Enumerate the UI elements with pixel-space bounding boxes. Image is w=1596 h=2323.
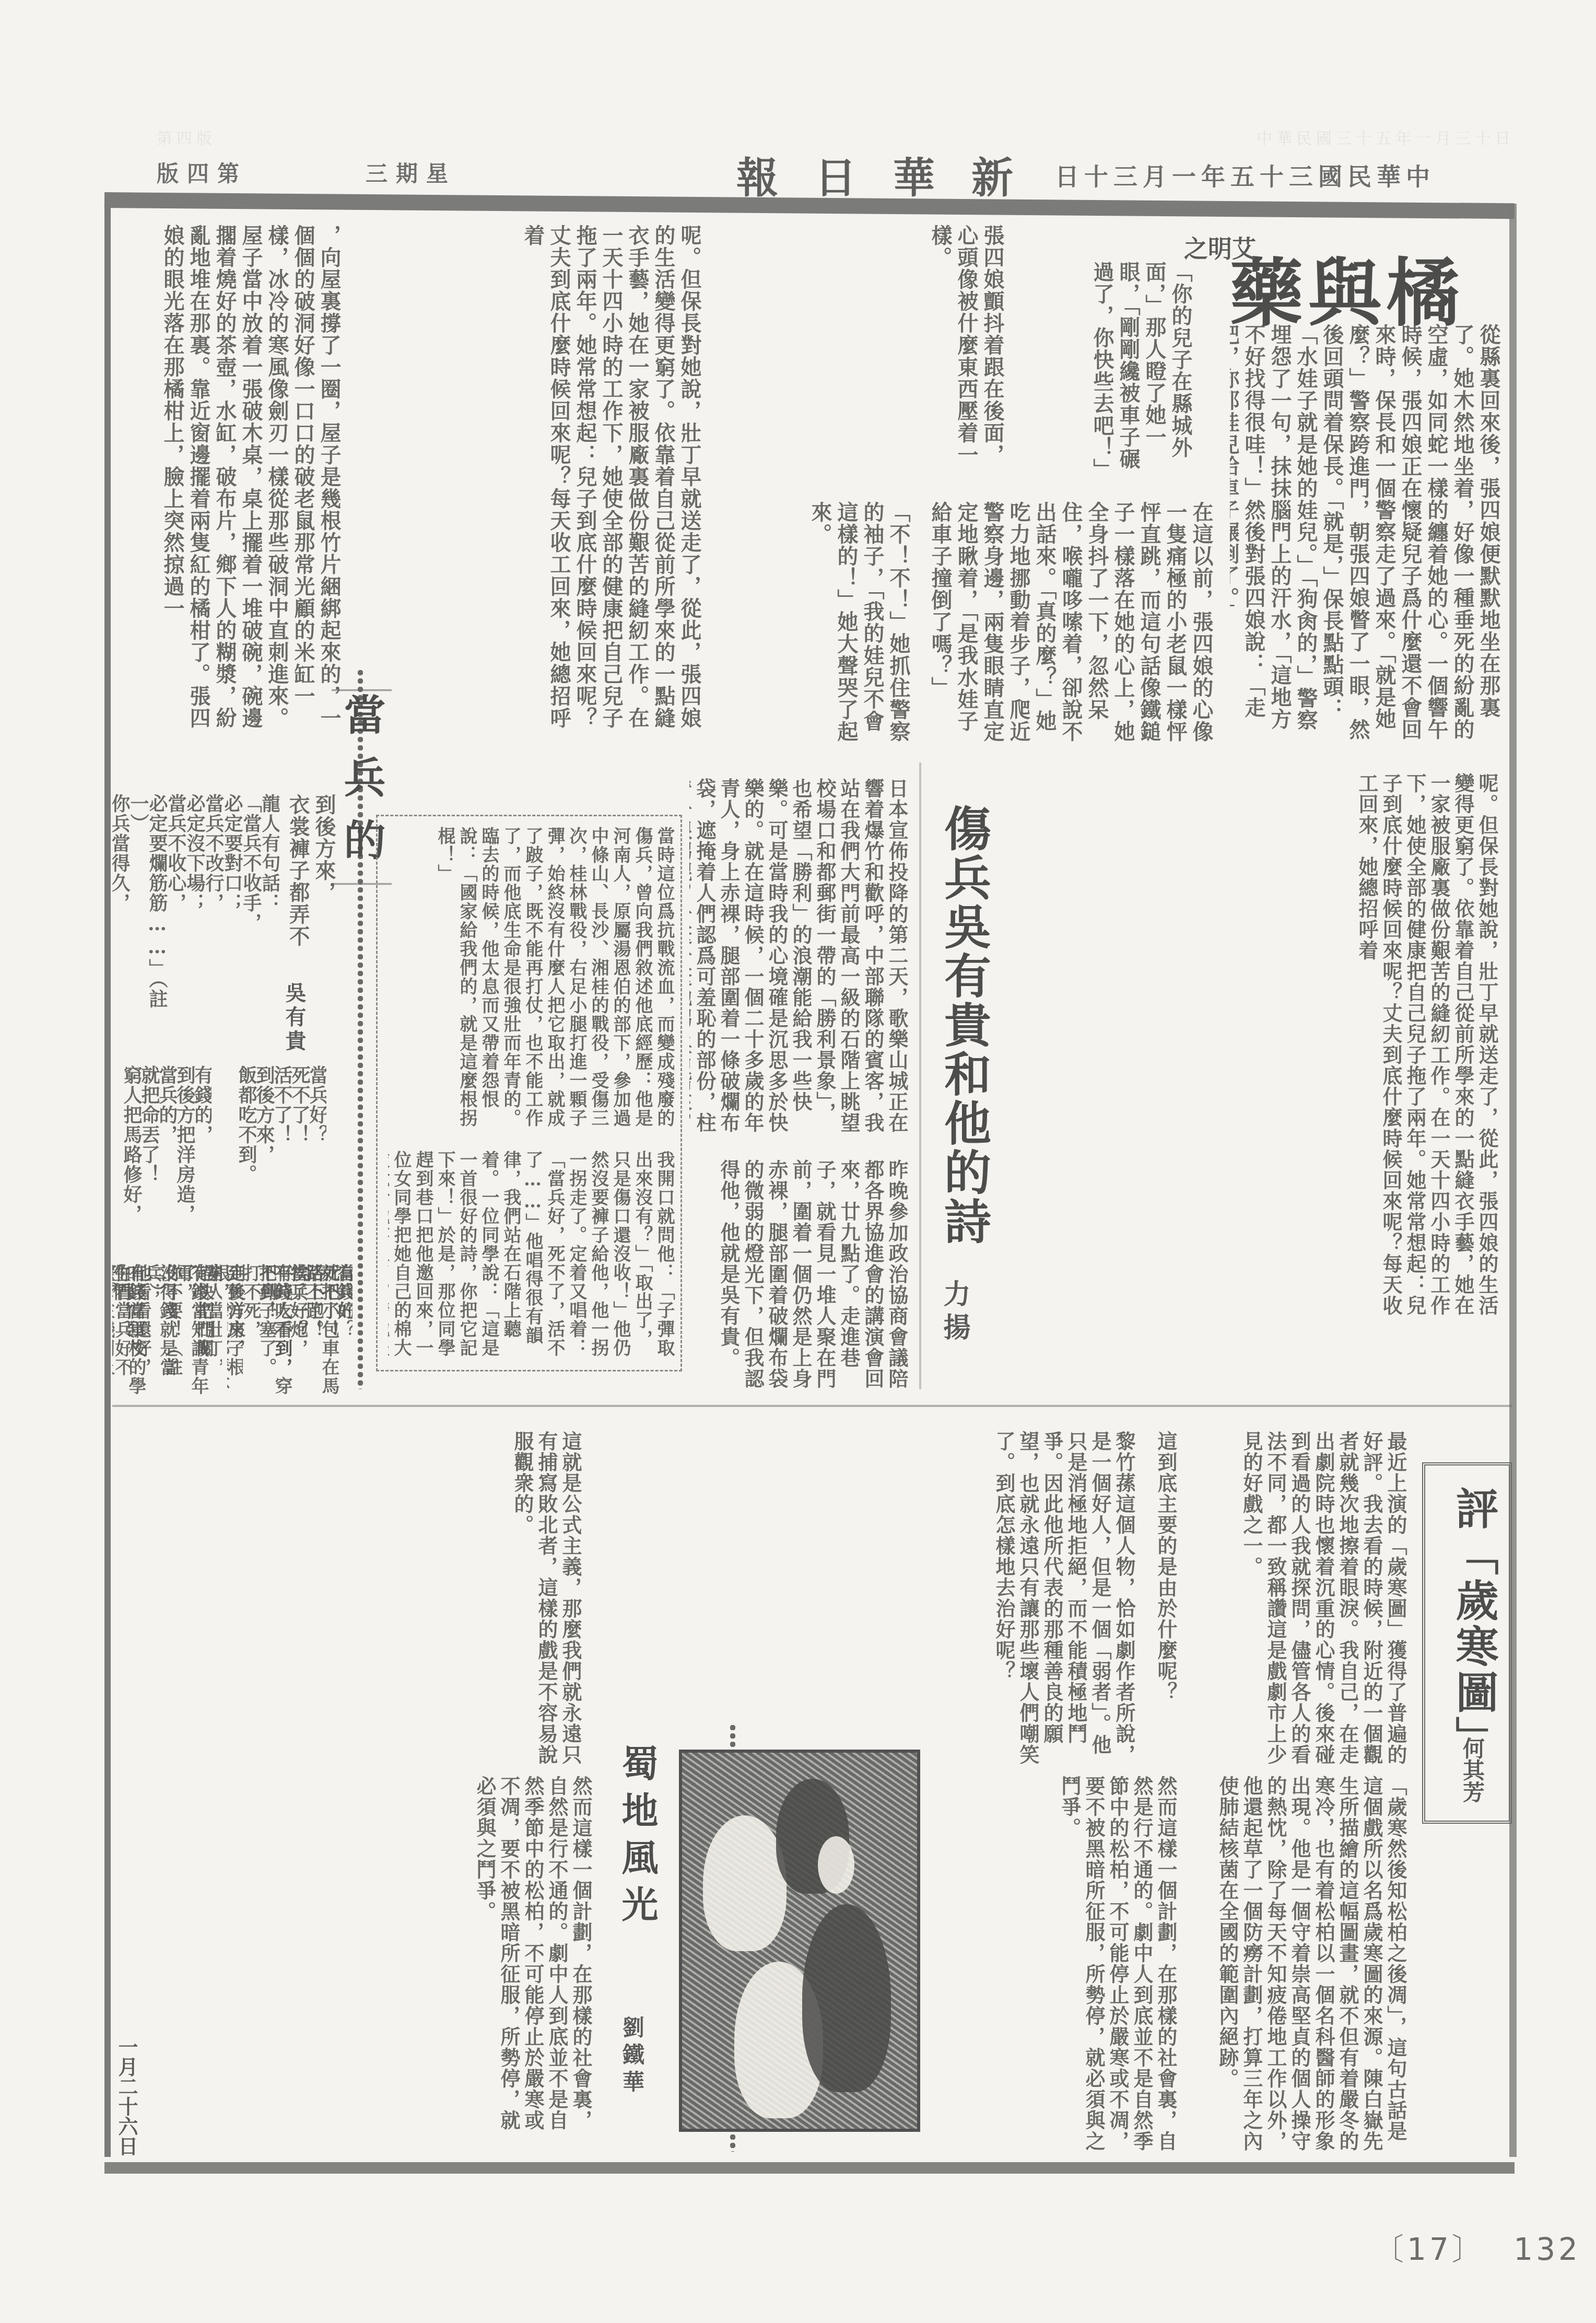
article-author: 力揚	[935, 1280, 974, 1346]
article-body: 呢。但保長對她說，壯丁早就送走了，從此，張四娘的生活變得更窮了。依靠着自己從前所…	[1029, 773, 1499, 1327]
article-shang-bing: 傷兵吳有貴和他的詩 力揚 日本宣佈投降的第二天，歌樂山城正在響着爆竹和歡呼，中部…	[366, 762, 1024, 1400]
poem-line: 飯都吃不到。	[238, 1065, 255, 1201]
review-body: 最近上演的「歲寒圖」獲得了普遍的好評。我去看的時候，附近的一個觀者就幾次地擦着眼…	[1188, 1431, 1407, 1765]
article-author: 艾明之	[1184, 230, 1256, 264]
woodcut-section: 蜀地風光 劉鐵華	[601, 1723, 966, 2225]
review-title: 評「歲寒圖」	[1444, 1486, 1505, 1762]
poem-line: 當兵好？	[309, 1065, 326, 1201]
poem-line: 走到洋房子根根，	[212, 1264, 243, 1389]
page-label: 第四版	[157, 157, 248, 188]
poem-line: 你兵當得久，	[112, 794, 129, 1013]
figure-shape	[802, 1904, 891, 2092]
article-body: 張四娘顫抖着跟在後面，心頭像被什麼東西壓着一樣。	[713, 225, 1005, 486]
poem-line: 把鼻子塞了。	[259, 1264, 274, 1389]
page-number: 132	[1513, 2232, 1581, 2267]
poem-stanza: 你看當兵好不好？	[112, 1264, 130, 1389]
poem-line: 趕快把門關了；	[180, 1264, 212, 1389]
poem-line: 到後方把洋房造，	[176, 1065, 194, 1233]
section-rule	[112, 1405, 1512, 1407]
review-author: 何其芳	[1457, 1737, 1488, 1803]
article-body: 「你的兒子在縣城外面，」那人瞪了她一眼，「剛剛纔被車子碾過了，你快些去吧！」	[1026, 261, 1193, 491]
poem-line: 活不了！	[273, 1065, 291, 1201]
poem-stanza: 到後方來， 衣裳褲子都弄不到。	[290, 794, 337, 966]
poem-line: 當兵不改行，	[204, 794, 223, 1013]
poem-dang-bing-de-cont: 當兵好？ 死不了！ 活不了！ 挨了一炮， 有錢人看到， 把鼻子塞了。 走到洋房子…	[112, 1264, 358, 1400]
poem-stanza: 有錢的， 到後方把洋房造， 當兵的， 就把命丟了！ 窮人把馬路修好，	[112, 1065, 212, 1233]
review-body: 這到底主要的是由於什麼呢？	[1146, 1431, 1178, 1765]
left-frame-rule	[104, 204, 111, 2157]
archive-page-number: 〔17〕 132	[1374, 2225, 1581, 2269]
masthead: 第四版 星期三 新華日報 中華民國三十五年一月三十日	[157, 146, 1515, 193]
woodcut-title: 蜀地風光	[611, 1744, 664, 1932]
article-body: 從縣裏回來後，張四娘便默默地坐在那裏了。她木然地坐着，好像一種垂死的紛亂的空虛，…	[1230, 324, 1501, 742]
poem-stanza: 龍人有句話： 「當兵不收手， 必定要對口； 當兵不改行， 必定沒下場； 當兵不收…	[112, 794, 279, 1013]
paper-name: 新華日報	[736, 144, 1050, 204]
issue-date: 中華民國三十五年一月三十日	[1055, 158, 1435, 192]
poem-author: 吳有貴	[279, 982, 309, 1054]
woodcut-image	[679, 1750, 920, 2132]
weekday: 星期三	[366, 157, 456, 188]
article-body: 呢。但保長對她說，壯丁早就送走了，從此，張四娘的生活變得更窮了。依靠着自己從前所…	[358, 225, 702, 747]
figure-shape	[818, 1836, 854, 1894]
quoted-note-box: 當時這位爲抗戰流血，而變成殘廢的傷兵，曾向我們敘述他底經歷：他是河南人，原屬湯恩…	[376, 815, 682, 1371]
poem-line: 必定沒下場；	[185, 794, 204, 1013]
figure-shape	[703, 1815, 787, 1951]
poem-line: 龍人有句話：	[261, 794, 279, 1013]
review-body: 然而這樣一個計劃，在那樣的社會裏，自然是行不通的。劇中人到底並不是自然季節中的松…	[144, 1776, 593, 2141]
poem-line: 窮人把馬路修好，	[123, 1065, 140, 1233]
article-title: 傷兵吳有貴和他的詩	[930, 804, 997, 1246]
review-body: 「歲寒然後知松柏之後凋」，這句古話是這個戲所以名爲歲寒圖的來源。陳白嶽先生所描繪…	[1188, 1776, 1407, 2152]
poem-line: 有錢的，	[194, 1065, 212, 1233]
article-body: 在這以前，張四娘的心像一隻痛極的小老鼠一樣怦怦直跳，而這句話像鐵鎚子一樣落在她的…	[922, 501, 1214, 752]
poem-stanza: 當兵好？ 死不了！ 活不了！ 挨了一炮， 有錢人看到， 把鼻子塞了。	[248, 1264, 353, 1389]
faded-page-label: 第四版	[157, 125, 216, 146]
poem-line: 死不了！	[291, 1065, 309, 1201]
poem-line: 就把命丟了！	[140, 1065, 158, 1233]
poem-line: 當兵的，	[158, 1065, 176, 1233]
review-body: 這就是公式主義，那麼我們就永遠只有捕寫敗北者，這樣的戲是不容易說服觀衆的。	[112, 1431, 582, 1765]
poem-stanza: 走到洋房子根根， 趕快把門關了； 你不要！（註二） 他看看還好， 如果你要， 他…	[128, 1264, 243, 1389]
poem-line: 必定要爛筋筋……」（註一）	[129, 794, 167, 1013]
article-body: 日本宣佈投降的第二天，歌樂山城正在響着爆竹和歡呼，中部聯隊的賓客，我站在我們大門…	[689, 778, 909, 1144]
note-body: 當時這位爲抗戰流血，而變成殘廢的傷兵，曾向我們敘述他底經歷：他是河南人，原屬湯恩…	[388, 827, 675, 1140]
poem-line: 當兵不收心，	[167, 794, 185, 1013]
note-body: 我開口就問他：「子彈取出來沒有？」「取出了，只是傷口還沒收！」他仍然沒要褲子給他…	[388, 1151, 675, 1359]
poem-line: 必定要對口；	[223, 794, 242, 1013]
article-body: 昨晚參加政治協商會議陪都各界協進會的講演會回來，廿九點了。走進巷子，就看見一堆人…	[689, 1159, 909, 1389]
poem-line: 「當兵不收手，	[242, 794, 261, 1013]
faded-bleedthrough-line: 第四版 中華民國三十五年一月三十日	[157, 125, 1515, 146]
poem-line: 到後方來，	[255, 1065, 273, 1201]
woodcut-artist: 劉鐵華	[616, 2016, 648, 2097]
article-ju-yu-yao-cont: 呢。但保長對她說，壯丁早就送走了，從此，張四娘的生活變得更窮了。依靠着自己從前所…	[1029, 762, 1509, 1337]
poem-line: 衣裳褲子都弄不到。	[290, 794, 311, 966]
poem-line: 你不要！（註二）	[149, 1264, 180, 1389]
bracket-number: 〔17〕	[1374, 2232, 1485, 2267]
review-body: 黎竹蓀這個人物，恰如劇作者所說，是一個好人，但是一個「弱者」。他只是消極地拒絕，…	[635, 1431, 1136, 1765]
poem-line: 你看當兵好不好？	[112, 1264, 130, 1389]
poem-line: 到後方來，	[311, 794, 337, 966]
column-rule	[919, 762, 921, 1389]
review-title-box: 評「歲寒圖」 何其芳	[1422, 1462, 1512, 1824]
review-closing-date: 一月二十六日	[112, 2037, 141, 2156]
faded-date: 中華民國三十五年一月三十日	[1257, 125, 1515, 146]
bottom-rule	[104, 2162, 1515, 2174]
poem-stanza: 當兵好？ 死不了！ 活不了！ 到後方來， 飯都吃不到。	[222, 1065, 326, 1201]
